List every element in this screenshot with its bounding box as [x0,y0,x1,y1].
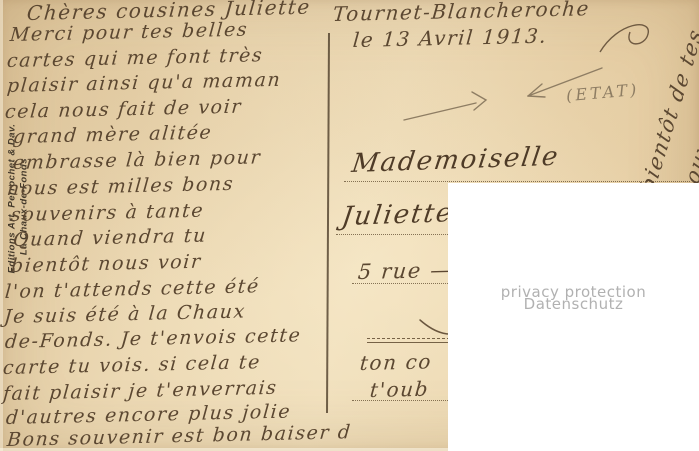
postcard-scan: Editions Art. Perrochet & Dav. La Chaux-… [0,0,699,451]
message-line: l'on t'attends cette été [4,275,261,303]
privacy-watermark: privacy protection Datenschutz [448,286,699,310]
message-line: nous est milles bons [6,173,235,200]
ink-flourish-icon [598,16,662,62]
scan-edge-left [0,0,3,451]
pencil-right-arrow-icon [404,92,486,120]
message-line: grand mère alitée [12,121,213,148]
address-rule-3 [352,283,462,284]
message-line: bientôt nous voir [10,251,202,277]
message-line: plaisir ainsi qu'a maman [6,69,282,97]
address-street: 5 rue — [357,258,454,284]
address-dashed-rule [367,338,460,343]
message-line: embrasse là bien pour [12,146,262,174]
address-fragment-ton: ton co [359,349,433,375]
message-line: Quand viendra tu [12,225,208,251]
message-line: Merci pour tes belles [9,19,249,46]
address-name: Juliette [340,198,456,232]
message-line: cartes qui me font très [6,44,264,72]
message-line: Je suis été à la Chaux [3,300,247,328]
address-fragment-oubli: t'oub [369,377,430,402]
address-title: Mademoiselle [350,142,562,179]
address-rule-4 [352,400,460,401]
address-rule-2 [336,234,462,235]
postcard-divider-line [326,33,330,413]
message-line: de-Fonds. Je t'envois cette [4,324,302,353]
message-line: souvenirs à tante [10,200,205,226]
privacy-watermark-line2: Datenschutz [448,298,699,310]
surname-line: Tournet-Blancheroche [332,0,591,26]
privacy-overlay: privacy protection Datenschutz [448,183,699,451]
date-line: le 13 Avril 1913. [352,24,548,52]
message-line: cela nous fait de voir [4,96,243,123]
message-line: carte tu vois. si cela te [2,351,262,379]
